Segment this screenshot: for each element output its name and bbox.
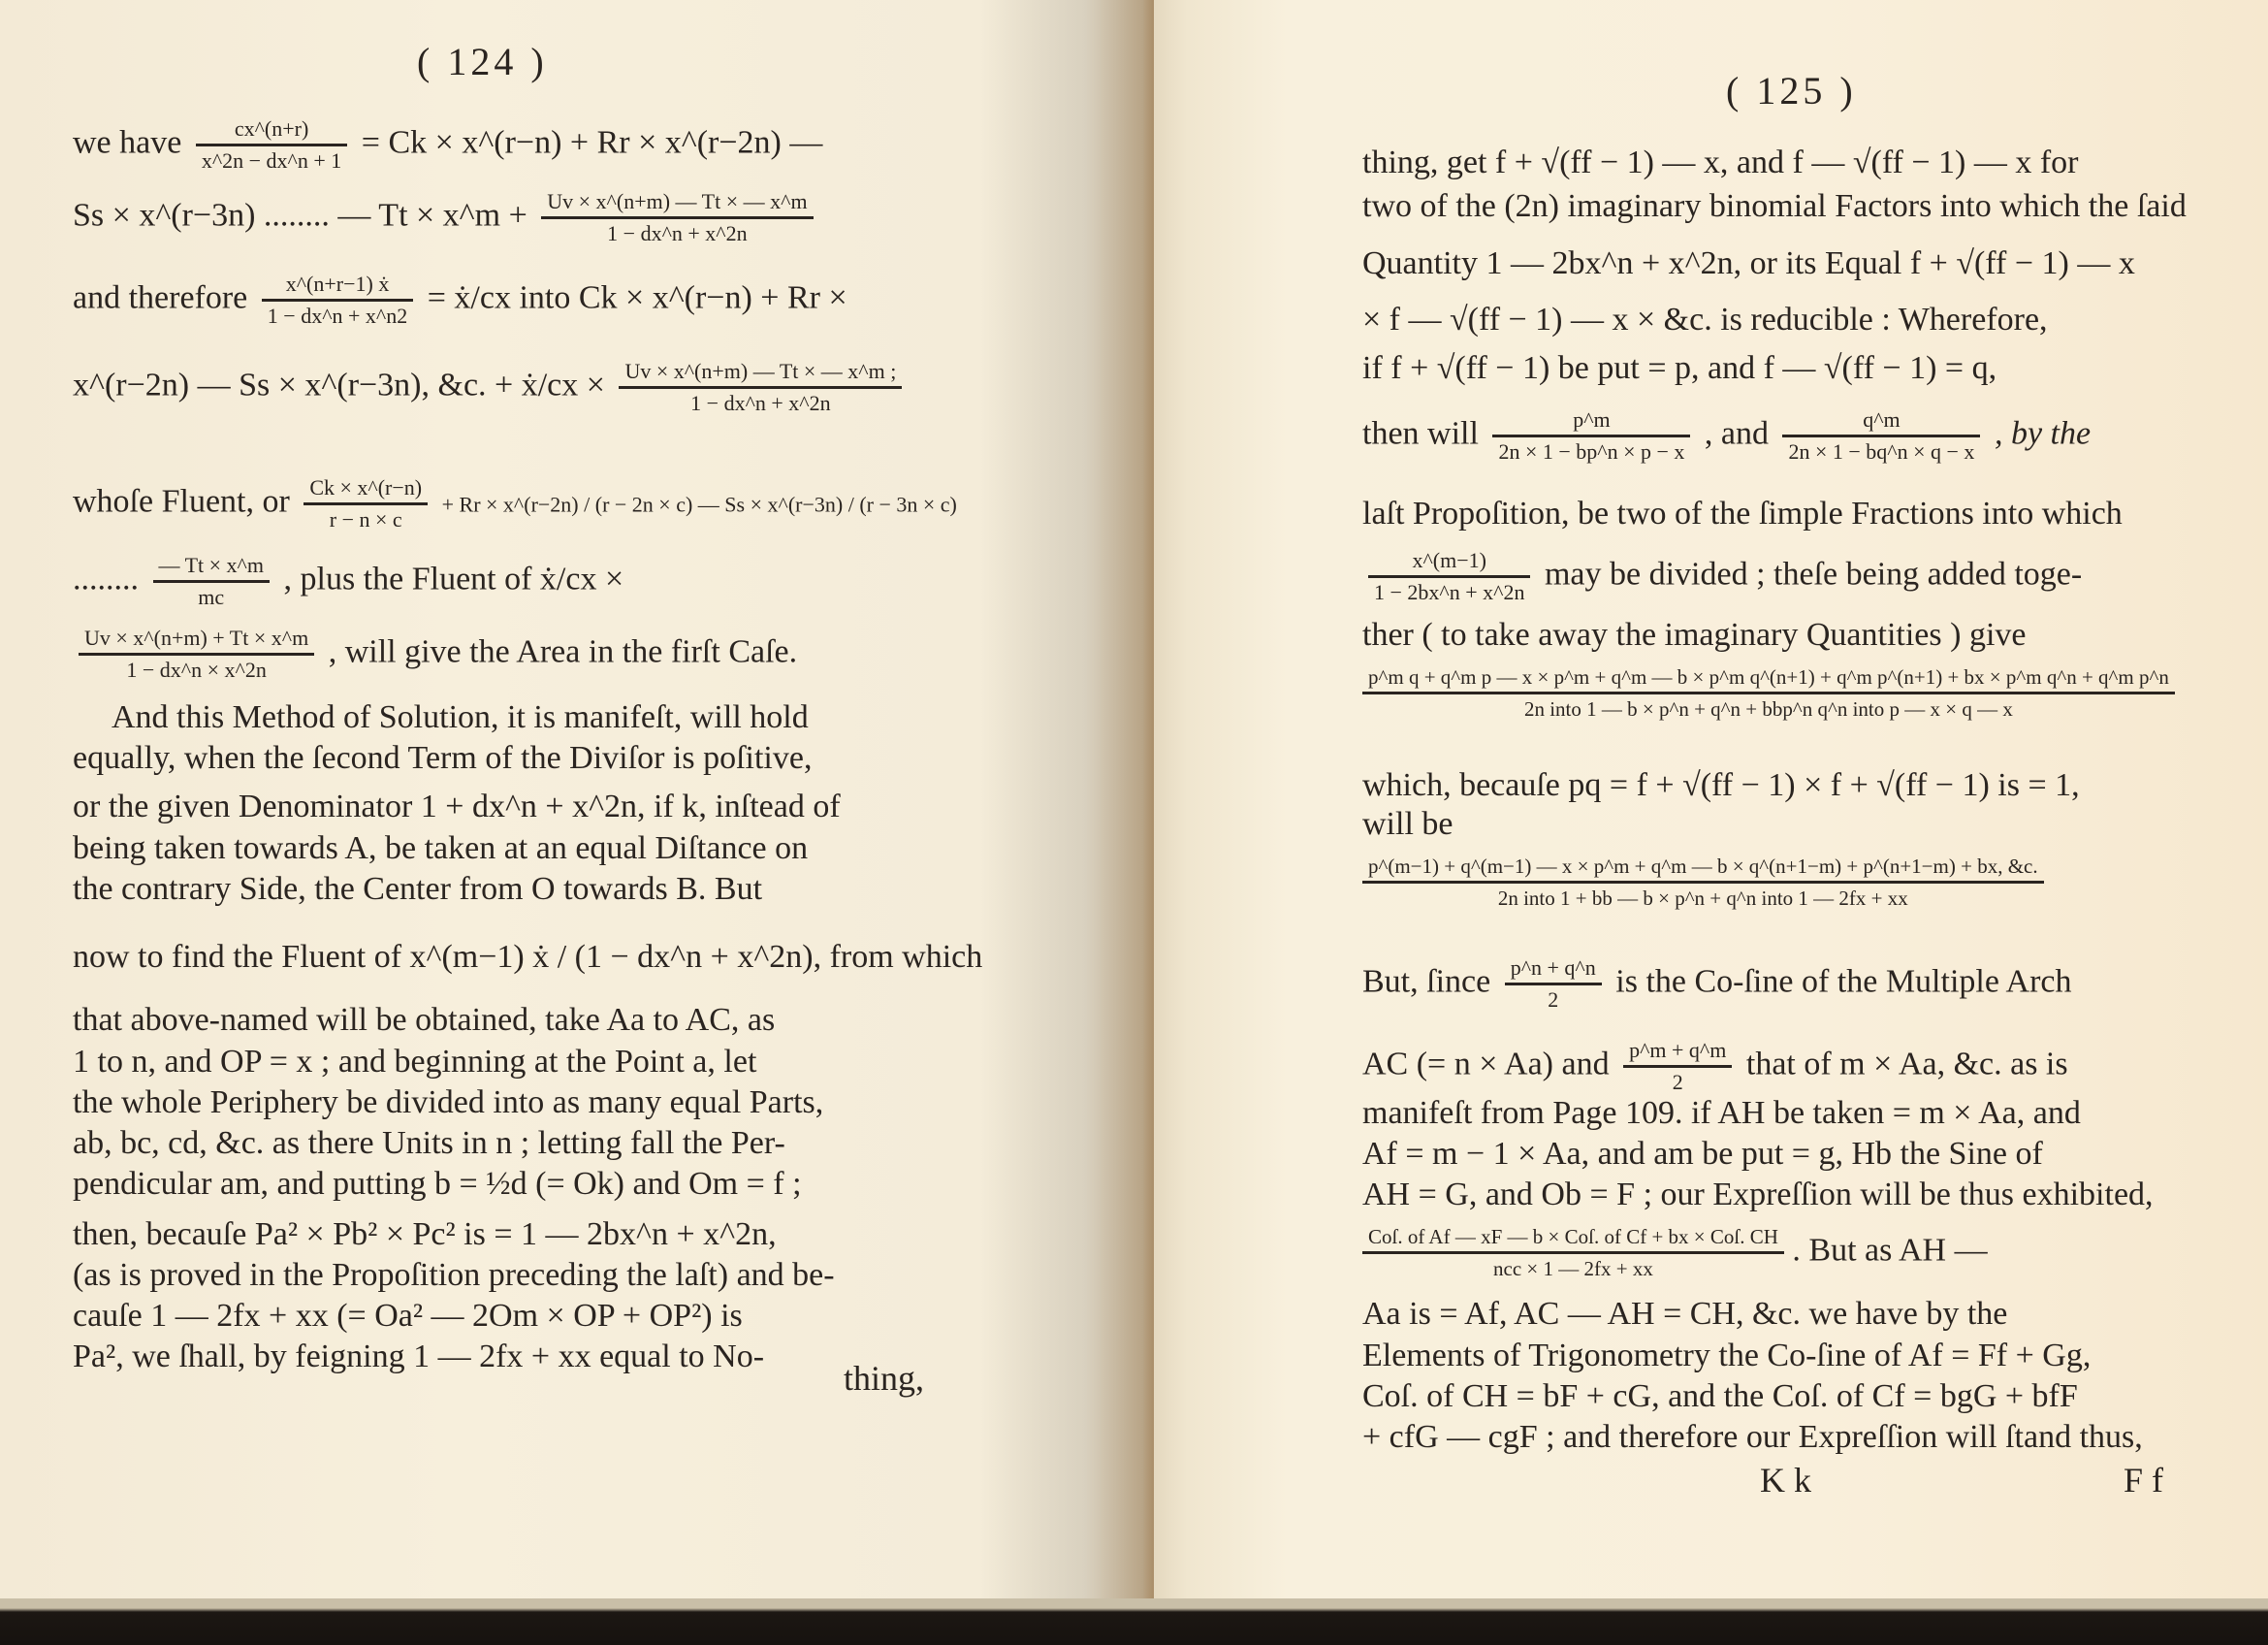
- text-line: thing, get f + √(ff − 1) — x, and f — √(…: [1362, 144, 2079, 182]
- equation-text: x^(r−2n) — Ss × x^(r−3n), &c. + ẋ/cx ×: [73, 367, 605, 403]
- fraction: x^(n+r−1) ẋ1 − dx^n + x^n2: [262, 272, 413, 329]
- equation-line-6: ........ — Tt × x^mmc , plus the Fluent …: [73, 553, 623, 610]
- text-line: Elements of Trigonometry the Co-ſine of …: [1362, 1337, 2091, 1375]
- may-be-divided-line: x^(m−1)1 − 2bx^n + x^2n may be divided ;…: [1362, 548, 2082, 605]
- fraction: p^m q + q^m p — x × p^m + q^m — b × p^m …: [1362, 664, 2175, 722]
- equation-text: then will: [1362, 415, 1479, 451]
- fraction: p^m2n × 1 − bp^n × p − x: [1492, 407, 1690, 465]
- catchword-left: thing,: [844, 1358, 924, 1399]
- text-line: pendicular am, and putting b = ½d (= Ok)…: [73, 1165, 802, 1204]
- text-line: or the given Denominator 1 + dx^n + x^2n…: [73, 788, 841, 826]
- equation-text: , will give the Area in the firſt Caſe.: [329, 633, 797, 669]
- text-line: the contrary Side, the Center from O tow…: [73, 870, 762, 909]
- text-line: that above-named will be obtained, take …: [73, 1001, 775, 1040]
- big-fraction-2: p^(m−1) + q^(m−1) — x × p^m + q^m — b × …: [1362, 854, 2044, 911]
- equation-text: But, ſince: [1362, 963, 1490, 999]
- equation-text: + Rr × x^(r−2n) / (r − 2n × c) — Ss × x^…: [442, 492, 957, 516]
- text-line: then, becauſe Pa² × Pb² × Pc² is = 1 — 2…: [73, 1215, 777, 1254]
- fraction: Coſ. of Af — xF — b × Coſ. of Cf + bx × …: [1362, 1224, 1784, 1281]
- page-number-left: ( 124 ): [417, 39, 548, 84]
- equation-text: , and: [1705, 415, 1769, 451]
- equation-text: may be divided ; theſe being added toge-: [1545, 556, 2082, 592]
- text-line: Af = m − 1 × Aa, and am be put = g, Hb t…: [1362, 1135, 2043, 1174]
- equation-text: AC (= n × Aa) and: [1362, 1046, 1610, 1081]
- equation-line-5: whoſe Fluent, or Ck × x^(r−n)r − n × c +…: [73, 475, 957, 532]
- equation-text: . But as AH —: [1792, 1232, 1987, 1268]
- fraction: x^(m−1)1 − 2bx^n + x^2n: [1368, 548, 1530, 605]
- ac-line: AC (= n × Aa) and p^m + q^m2 that of m ×…: [1362, 1038, 2068, 1095]
- page-number-right: ( 125 ): [1726, 68, 1857, 113]
- equation-text: and therefore: [73, 279, 247, 315]
- fraction: p^(m−1) + q^(m−1) — x × p^m + q^m — b × …: [1362, 854, 2044, 911]
- right-page: ( 125 ) thing, get f + √(ff − 1) — x, an…: [1154, 0, 2268, 1605]
- equation-line-2: Ss × x^(r−3n) ........ — Tt × x^m + Uv ×…: [73, 189, 819, 246]
- equation-text: ........: [73, 561, 139, 597]
- text-line: ther ( to take away the imaginary Quanti…: [1362, 616, 2026, 655]
- equation-text: = Ck × x^(r−n) + Rr × x^(r−2n) —: [362, 124, 823, 160]
- fraction: p^m + q^m2: [1623, 1038, 1732, 1095]
- text-line: (as is proved in the Propoſition precedi…: [73, 1256, 835, 1295]
- fraction: — Tt × x^mmc: [153, 553, 271, 610]
- left-page: ( 124 ) we have cx^(n+r)x^2n − dx^n + 1 …: [0, 0, 1154, 1605]
- but-since-line: But, ſince p^n + q^n2 is the Co-ſine of …: [1362, 955, 2072, 1013]
- text-line: + cfG — cgF ; and therefore our Expreſſi…: [1362, 1418, 2143, 1457]
- book-bottom-edge: [0, 1598, 2268, 1645]
- equation-line-3: and therefore x^(n+r−1) ẋ1 − dx^n + x^n2…: [73, 272, 847, 329]
- fraction: Ck × x^(r−n)r − n × c: [303, 475, 428, 532]
- equation-text: that of m × Aa, &c. as is: [1746, 1046, 2068, 1081]
- fraction: p^n + q^n2: [1505, 955, 1602, 1013]
- text-line: 1 to n, and OP = x ; and beginning at th…: [73, 1043, 756, 1081]
- text-line: Quantity 1 — 2bx^n + x^2n, or its Equal …: [1362, 244, 2135, 283]
- text-line: Coſ. of CH = bF + cG, and the Coſ. of Cf…: [1362, 1377, 2078, 1416]
- equation-text: , plus the Fluent of ẋ/cx ×: [284, 561, 624, 597]
- text-line: And this Method of Solution, it is manif…: [112, 698, 809, 737]
- text-line: which, becauſe pq = f + √(ff − 1) × f + …: [1362, 766, 2080, 805]
- text-line: Aa is = Af, AC — AH = CH, &c. we have by…: [1362, 1295, 2007, 1334]
- fraction: Uv × x^(n+m) + Tt × x^m1 − dx^n × x^2n: [79, 626, 314, 683]
- equation-line-4: x^(r−2n) — Ss × x^(r−3n), &c. + ẋ/cx × U…: [73, 359, 908, 416]
- text-line: will be: [1362, 805, 1453, 844]
- text-line: now to find the Fluent of x^(m−1) ẋ / (1…: [73, 938, 982, 977]
- text-line: × f — √(ff − 1) — x × &c. is reducible :…: [1362, 301, 2048, 339]
- text-line: the whole Periphery be divided into as m…: [73, 1083, 823, 1122]
- equation-text: Ss × x^(r−3n) ........ — Tt × x^m +: [73, 197, 527, 233]
- equation-line-7: Uv × x^(n+m) + Tt × x^m1 − dx^n × x^2n ,…: [73, 626, 797, 683]
- equation-text: = ẋ/cx into Ck × x^(r−n) + Rr ×: [428, 279, 847, 315]
- then-will-line: then will p^m2n × 1 − bp^n × p − x , and…: [1362, 407, 2091, 465]
- text-line: equally, when the ſecond Term of the Div…: [73, 739, 812, 778]
- gutter-shadow: [979, 0, 1154, 1605]
- text-line: cauſe 1 — 2fx + xx (= Oa² — 2Om × OP + O…: [73, 1297, 743, 1336]
- text-line: AH = G, and Ob = F ; our Expreſſion will…: [1362, 1176, 2154, 1214]
- text-line: if f + √(ff − 1) be put = p, and f — √(f…: [1362, 349, 1996, 388]
- equation-text: we have: [73, 124, 181, 160]
- big-fraction-1: p^m q + q^m p — x × p^m + q^m — b × p^m …: [1362, 664, 2175, 722]
- fraction: cx^(n+r)x^2n − dx^n + 1: [196, 116, 347, 174]
- text-line: manifeſt from Page 109. if AH be taken =…: [1362, 1094, 2081, 1133]
- fraction: Uv × x^(n+m) — Tt × — x^m ;1 − dx^n + x^…: [619, 359, 902, 416]
- text-line: ab, bc, cd, &c. as there Units in n ; le…: [73, 1124, 785, 1163]
- equation-text: whoſe Fluent, or: [73, 483, 290, 519]
- fraction: q^m2n × 1 − bq^n × q − x: [1782, 407, 1980, 465]
- catchword-right: F f: [2124, 1460, 2163, 1500]
- text-line: two of the (2n) imaginary binomial Facto…: [1362, 187, 2187, 226]
- text-line: being taken towards A, be taken at an eq…: [73, 829, 808, 868]
- text-line: Pa², we ſhall, by feigning 1 — 2fx + xx …: [73, 1338, 764, 1376]
- fraction: Uv × x^(n+m) — Tt × — x^m1 − dx^n + x^2n: [541, 189, 813, 246]
- cos-fraction-line: Coſ. of Af — xF — b × Coſ. of Cf + bx × …: [1362, 1224, 1988, 1281]
- equation-line-1: we have cx^(n+r)x^2n − dx^n + 1 = Ck × x…: [73, 116, 822, 174]
- equation-text: is the Co-ſine of the Multiple Arch: [1615, 963, 2071, 999]
- equation-text: , by the: [1995, 415, 2091, 451]
- signature-mark: K k: [1760, 1460, 1811, 1500]
- text-line: laſt Propoſition, be two of the ſimple F…: [1362, 495, 2123, 533]
